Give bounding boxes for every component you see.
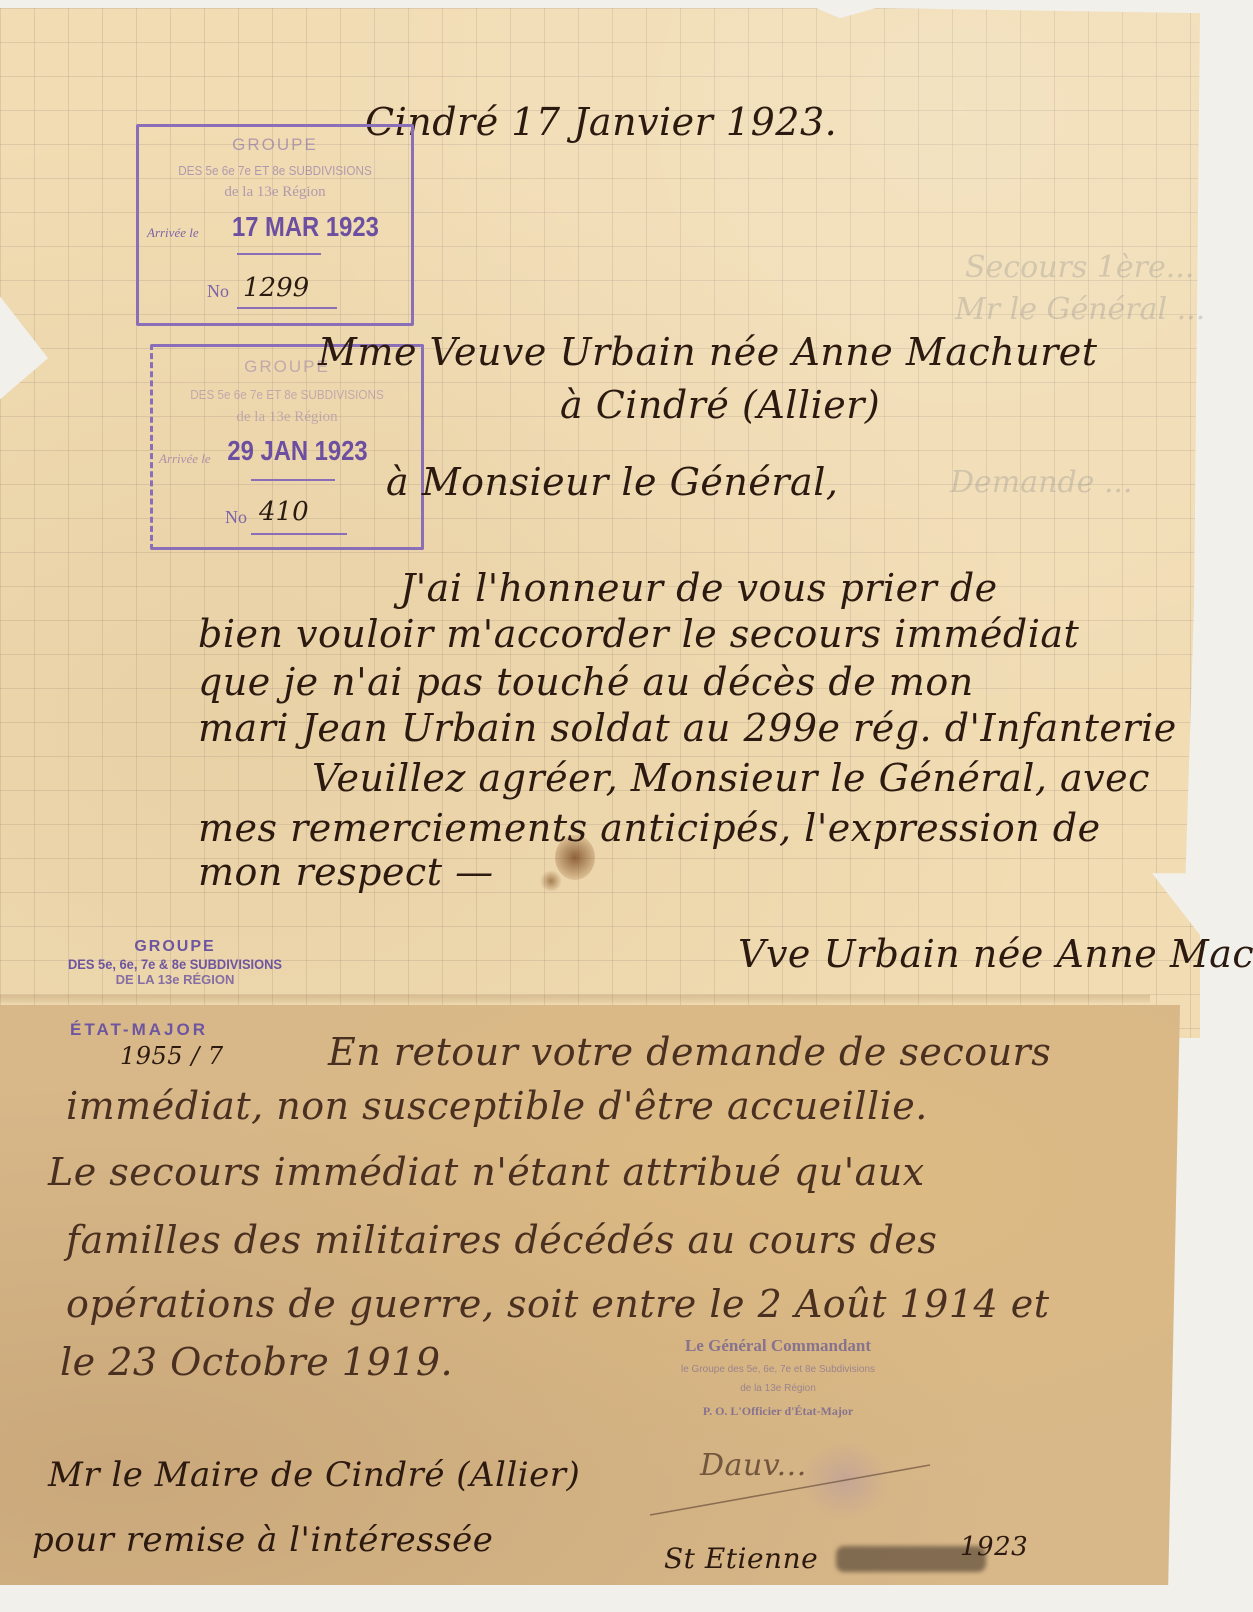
reference-number: 1955 / 7 [120,1042,224,1070]
letter-body-line: J'ai l'honneur de vous prier de [400,566,998,610]
commandant-stamp: Le Général Commandant le Groupe des 5e, … [628,1336,928,1419]
letter-body-line: que je n'ai pas touché au décès de mon [198,660,974,704]
bleed-through-text: Mr le Général ... [955,292,1205,327]
fold-line [0,995,1150,1003]
letter-body-line: bien vouloir m'accorder le secours imméd… [198,612,1079,656]
stamp-number: 1299 [243,273,309,303]
reply-year: 1923 [960,1532,1028,1562]
stamp-date: 29 JAN 1923 [227,435,367,467]
letter-sender-name: Mme Veuve Urbain née Anne Machuret [318,330,1098,374]
stamp-arrival-label: Arrivée le [147,225,199,241]
letter-body-line: mon respect — [198,850,494,894]
reply-body-line: Le secours immédiat n'étant attribué qu'… [48,1150,925,1194]
stamp-subdivisions: le Groupe des 5e, 6e, 7e et 8e Subdivisi… [628,1364,928,1375]
letter-signature: Vve Urbain née Anne Machuret [738,932,1253,976]
etat-major-stamp: ÉTAT-MAJOR [70,1020,208,1040]
stamp-number: 410 [259,497,309,527]
arrival-stamp-march: GROUPE DES 5e 6e 7e ET 8e SUBDIVISIONS d… [136,124,414,326]
letter-body-line: mes remerciements anticipés, l'expressio… [198,806,1101,850]
ink-stain [540,870,562,892]
letter-body-line: Veuillez agréer, Monsieur le Général, av… [312,756,1150,800]
reply-body-line: le 23 Octobre 1919. [60,1340,453,1384]
letter-sender-address: à Cindré (Allier) [560,383,880,427]
arrival-stamp-january: GROUPE DES 5e 6e 7e ET 8e SUBDIVISIONS d… [150,344,424,550]
letter-dateline: Cindré 17 Janvier 1923. [365,100,837,144]
stamp-subdivisions: DES 5e 6e 7e ET 8e SUBDIVISIONS [153,163,398,178]
reply-body-line: familles des militaires décédés au cours… [66,1218,937,1262]
bleed-through-text: Demande ... [950,465,1133,500]
signature-flourish [640,1460,940,1520]
stamp-title: GROUPE [40,938,310,956]
stamp-title: Le Général Commandant [628,1336,928,1356]
bleed-through-text: Secours 1ère... [965,250,1194,285]
reply-body-line: En retour votre demande de secours [328,1030,1051,1074]
stamp-subdivisions: DES 5e 6e 7e ET 8e SUBDIVISIONS [166,387,407,402]
letter-body-line: mari Jean Urbain soldat au 299e rég. d'I… [198,706,1177,750]
stamp-region: de la 13e Région [628,1383,928,1394]
reply-address-line: Mr le Maire de Cindré (Allier) [48,1455,580,1495]
stamp-title: GROUPE [139,135,411,155]
reply-address-line: pour remise à l'intéressée [32,1520,493,1560]
stamp-number-label: No [207,281,229,302]
groupe-stamp: GROUPE DES 5e, 6e, 7e & 8e SUBDIVISIONS … [40,938,310,987]
stamp-region: de la 13e Région [153,409,421,426]
stamp-number-label: No [225,507,247,528]
reply-place: St Etienne [664,1542,818,1575]
reply-body-line: immédiat, non susceptible d'être accueil… [66,1084,928,1128]
stamp-subdivisions: DES 5e, 6e, 7e & 8e SUBDIVISIONS [51,956,299,972]
stamp-officer: P. O. L'Officier d'État-Major [628,1404,928,1419]
stamp-date: 17 MAR 1923 [232,211,379,243]
reply-body-line: opérations de guerre, soit entre le 2 Ao… [66,1282,1050,1326]
stamp-region: de la 13e Région [139,184,411,201]
letter-salutation: à Monsieur le Général, [386,460,838,504]
stamp-region: DE LA 13e RÉGION [40,972,310,987]
stamp-arrival-label: Arrivée le [159,451,211,467]
